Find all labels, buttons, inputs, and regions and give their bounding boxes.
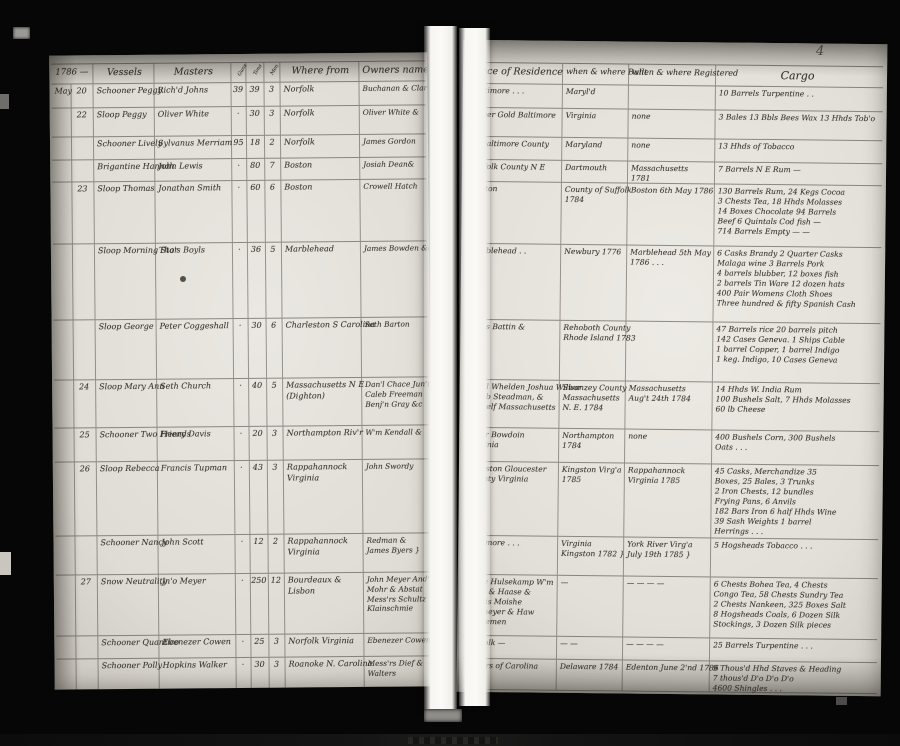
left-cell-master: Jn'o Meyer — [159, 574, 237, 635]
right-cell-built: Virginia Kingston 1782 } — [558, 537, 624, 576]
left-cell-master: Sylvanus Merriam — [155, 136, 232, 159]
right-cell-built: — — [557, 576, 624, 637]
left-row: Sloop GeorgePeter Coggeshall·306Charlest… — [54, 317, 429, 380]
col-header-vessels: Vessels — [93, 64, 154, 84]
left-cell-master: Ebenezer Cowen — [159, 635, 236, 658]
right-cell-registered: — — — — — [623, 577, 711, 638]
left-cell-n2: 80 — [247, 159, 265, 180]
left-cell-day — [72, 137, 94, 159]
right-cell-registered: Edenton June 2'nd 1786 — [623, 661, 710, 692]
right-cell-registered: York River Virg'a July 19th 1785 } — [624, 538, 711, 577]
left-cell-from: Northampton Riv'r — [283, 426, 362, 460]
left-cell-n3: 6 — [265, 181, 282, 242]
right-register-table: Place of Residence when & where Built wh… — [463, 62, 884, 694]
right-cell-cargo: 13 Hhds of Tobacco — [715, 139, 876, 163]
col-header-tons: Tons — [246, 63, 264, 82]
left-cell-owners: Oliver White & — [360, 105, 426, 134]
left-cell-from: Bourdeaux & Lisbon — [285, 573, 365, 634]
left-cell-vessel: Sloop George — [96, 320, 158, 380]
left-cell-month — [57, 659, 77, 689]
right-row: Rogers of CarolinaDelaware 1784Edenton J… — [463, 659, 877, 694]
left-cell-n2: 30 — [247, 107, 265, 135]
col-header-men: Men — [264, 63, 280, 82]
left-cell-day: 20 — [71, 84, 93, 107]
right-row: Peter Bowdoin VirginiaNorthampton 1784no… — [465, 428, 879, 466]
folio-number: 4 — [816, 44, 824, 59]
left-cell-n3: 3 — [268, 461, 285, 534]
book-spine-right-strip — [459, 28, 490, 706]
left-row: Sloop Morning StarTho's Boyls·365Marbleh… — [53, 241, 428, 320]
left-cell-n1: · — [234, 319, 250, 378]
left-cell-master: Jonathan Smith — [155, 181, 233, 243]
left-cell-vessel: Sloop Morning Star — [95, 244, 157, 320]
left-row: May20Schooner PeggyRich'd Johns39393Norf… — [51, 81, 425, 108]
film-edge-markings — [408, 737, 498, 744]
right-row: Tho's Battin &Rehoboth County Rhode Isla… — [466, 320, 881, 384]
left-cell-n2: 36 — [248, 243, 267, 318]
left-cell-vessel: Sloop Thomas — [94, 182, 156, 244]
left-cell-owners: James Bowden &c — [361, 241, 428, 317]
right-cell-built: Dartmouth — [562, 161, 628, 183]
right-cell-built: Rehoboth County Rhode Island 1783 — [560, 321, 627, 381]
ink-blot — [180, 276, 186, 282]
left-cell-n1: · — [232, 107, 247, 135]
left-row: 27Snow NeutralityJn'o Meyer·25012Bourdea… — [56, 572, 431, 636]
left-cell-n1: · — [236, 635, 251, 657]
left-cell-n3: 2 — [265, 136, 281, 158]
right-cell-registered: Massachusetts Aug't 24th 1784 — [625, 382, 712, 430]
left-cell-master: Henry Davis — [157, 427, 234, 461]
left-cell-day: 24 — [74, 380, 96, 427]
col-header-built: when & where Built — [563, 64, 629, 85]
col-header-where-from: Where from — [280, 62, 359, 82]
left-cell-from: Boston — [281, 180, 361, 242]
left-cell-day: 27 — [76, 575, 99, 635]
right-cell-cargo: 45 Casks, Merchandize 35 Boxes, 25 Bales… — [711, 464, 873, 539]
right-row: Marblehead . .Newbury 1776Marblehead 5th… — [466, 244, 881, 324]
left-cell-n1: · — [234, 379, 249, 426]
left-cell-n2: 39 — [246, 83, 264, 106]
left-cell-n3: 5 — [267, 379, 283, 426]
left-cell-vessel: Schooner Polly — [99, 659, 160, 690]
left-cell-vessel: Schooner Peggy — [93, 84, 154, 108]
left-cell-n3: 3 — [264, 83, 280, 106]
col-header-owners: Owners names & — [359, 61, 425, 81]
left-cell-master: Francis Tupman — [158, 461, 236, 535]
left-cell-from: Boston — [281, 158, 360, 180]
film-artifact-left-edge-light — [0, 552, 11, 575]
left-cell-from: Rappahannock Virginia — [284, 534, 363, 573]
left-cell-n3: 12 — [269, 574, 286, 634]
left-cell-master: Seth Church — [157, 379, 234, 427]
left-cell-n1: · — [237, 658, 252, 688]
left-cell-day — [76, 636, 98, 658]
right-cell-registered: Massachusetts 1781 — [628, 162, 715, 184]
left-cell-n1: · — [232, 181, 248, 242]
left-cell-from: Norfolk Virginia — [285, 634, 364, 657]
right-cell-built: — — — [557, 637, 623, 660]
left-cell-n1: 95 — [232, 136, 247, 158]
left-cell-vessel: Schooner Two Friends — [96, 428, 157, 462]
left-cell-n1: · — [235, 461, 251, 534]
film-artifact-bottom-center — [424, 709, 462, 722]
right-cell-registered: Marblehead 5th May 1786 . . . — [626, 246, 714, 322]
left-cell-master: Hopkins Walker — [160, 658, 237, 689]
left-row: Schooner PollyHopkins Walker·303Roanoke … — [57, 656, 431, 689]
left-cell-owners: John Swordy — [363, 459, 430, 533]
left-cell-vessel: Brigantine Hannah — [94, 160, 155, 182]
right-cell-cargo: 6 Casks Brandy 2 Quarter Casks Malaga wi… — [713, 246, 875, 323]
right-row: BostonCounty of Suffolk 1784Boston 6th M… — [467, 182, 882, 248]
left-cell-vessel: Schooner Nancy — [97, 536, 158, 575]
left-row: 26Sloop RebeccaFrancis Tupman·433Rappaha… — [55, 459, 430, 536]
right-cell-built: Maryl'd — [563, 85, 629, 109]
left-cell-n3: 6 — [267, 319, 284, 378]
right-row: Baltimore . . .Virginia Kingston 1782 }Y… — [464, 536, 878, 579]
left-cell-month — [52, 160, 72, 181]
book-spine-left-strip — [424, 26, 457, 710]
left-cell-n3: 2 — [268, 535, 284, 573]
left-cell-owners: John Meyer And'w Mohr & Abstat Mess'rs S… — [364, 572, 431, 633]
right-row: Gotte Hulsekamp W'm Bane & Haase & Brani… — [463, 575, 878, 640]
left-cell-owners: Mess'rs Dief & Walters — [364, 656, 430, 687]
left-cell-n2: 20 — [249, 427, 267, 460]
left-cell-master: John Scott — [158, 535, 235, 574]
left-cell-month — [56, 575, 77, 635]
col-header-cargo: Cargo — [716, 65, 877, 87]
left-cell-owners: Redman & James Byers } — [363, 533, 429, 572]
left-cell-owners: James Gordon — [360, 134, 426, 157]
left-cell-n2: 40 — [249, 379, 267, 426]
left-cell-from: Norfolk — [281, 135, 360, 158]
left-cell-day — [74, 320, 97, 379]
left-cell-n2: 25 — [251, 635, 269, 657]
film-artifact-left-edge — [0, 94, 9, 109]
left-cell-from: Massachusetts N E (Dighton) — [283, 378, 362, 426]
left-cell-n3: 5 — [266, 243, 283, 318]
left-cell-month — [52, 108, 72, 136]
left-cell-vessel: Sloop Peggy — [94, 108, 155, 137]
left-cell-month — [56, 636, 76, 658]
right-row: Dan'l Whelden Joshua Wilbor Caleb Steadm… — [465, 380, 879, 432]
left-row: Brigantine HannahJohn Lewis·807BostonJos… — [52, 157, 426, 182]
right-table-rows: Baltimore . . .Maryl'd10 Barrels Turpent… — [463, 84, 883, 694]
left-cell-n1: · — [232, 159, 247, 180]
left-cell-n3: 3 — [270, 658, 286, 688]
left-row: 25Schooner Two FriendsHenry Davis·203Nor… — [54, 425, 428, 462]
left-cell-from: Norfolk — [280, 82, 359, 106]
left-cell-master: Oliver White — [155, 107, 232, 136]
left-cell-month — [54, 380, 74, 427]
right-cell-registered — [626, 322, 714, 382]
ledger-right-page: Place of Residence when & where Built wh… — [457, 40, 888, 696]
left-cell-master: John Lewis — [155, 159, 232, 181]
left-cell-day: 25 — [74, 428, 96, 461]
left-cell-day — [77, 659, 99, 689]
left-cell-n2: 12 — [250, 535, 268, 573]
left-cell-from: Rappahannock Virginia — [284, 460, 364, 534]
left-cell-master: Peter Coggeshall — [157, 319, 235, 379]
right-cell-built: Virginia — [562, 109, 628, 138]
left-cell-n2: 43 — [250, 461, 269, 534]
left-cell-month — [54, 320, 75, 379]
right-cell-built: County of Suffolk 1784 — [561, 183, 628, 245]
right-cell-registered: Rappahannock Virginia 1785 — [624, 464, 712, 538]
right-cell-registered — [629, 86, 716, 110]
left-cell-n3: 3 — [265, 107, 281, 135]
left-register-table: 1786 — Vessels Masters Guns Tons Men Whe… — [51, 60, 430, 689]
left-cell-n1: · — [234, 427, 249, 460]
ledger-left-page: 1786 — Vessels Masters Guns Tons Men Whe… — [49, 52, 433, 689]
left-row: 24Sloop Mary AnnSeth Church·405Massachus… — [54, 377, 428, 428]
left-cell-vessel: Sloop Mary Ann — [96, 380, 157, 428]
left-cell-n1: · — [233, 243, 249, 318]
left-row: 22Sloop PeggyOliver White·303NorfolkOliv… — [52, 105, 426, 137]
right-cell-built: Kingston Virg'a 1785 — [558, 463, 625, 537]
right-cell-cargo: 9 Thous'd Hhd Staves & Heading 7 thous'd… — [710, 661, 871, 693]
col-header-guns: Guns — [231, 63, 246, 82]
right-cell-registered: none — [628, 139, 715, 162]
left-cell-n1: · — [236, 574, 252, 634]
left-cell-n3: 3 — [269, 635, 285, 657]
left-cell-master: Tho's Boyls — [156, 243, 234, 319]
left-cell-n2: 250 — [251, 574, 270, 634]
left-cell-month — [54, 428, 74, 461]
left-cell-month — [53, 244, 74, 319]
right-cell-cargo: 5 Hogsheads Tobacco . . . — [711, 538, 872, 578]
left-row: Schooner NancyJohn Scott·122Rappahannock… — [55, 533, 429, 575]
film-artifact-top-left — [13, 27, 30, 39]
left-cell-from: Roanoke N. Carolina — [286, 657, 365, 688]
col-header-registered: when & where Registered — [629, 65, 716, 86]
left-cell-n1: 39 — [231, 83, 246, 106]
right-row: Kingston Gloucester County VirginiaKings… — [464, 462, 879, 540]
right-row: Oliver Gold BaltimoreVirginianone3 Bales… — [468, 108, 882, 141]
left-cell-month — [52, 182, 73, 243]
year-label: 1786 — — [51, 64, 93, 83]
left-cell-month — [55, 536, 75, 574]
left-cell-owners: Dan'l Chace Jun'r Dan'l Hath'y Caleb Fre… — [362, 377, 428, 425]
left-cell-vessel: Schooner Quantico — [98, 636, 159, 659]
left-cell-owners: Josiah Dean& — [360, 157, 426, 179]
left-cell-day — [75, 536, 97, 574]
film-artifact-bottom-right — [836, 697, 847, 705]
left-cell-owners: Seth Barton — [362, 317, 429, 377]
left-cell-n2: 60 — [247, 181, 266, 242]
left-table-rows: May20Schooner PeggyRich'd Johns39393Norf… — [51, 81, 430, 689]
left-cell-n3: 3 — [267, 427, 283, 460]
right-cell-built: Northampton 1784 — [559, 429, 625, 463]
left-cell-vessel: Snow Neutrality — [98, 575, 160, 636]
col-header-masters: Masters — [154, 63, 231, 83]
left-cell-owners: Ebenezer Cowen — [364, 633, 430, 656]
right-cell-cargo: 25 Barrels Turpentine . . . — [710, 638, 871, 662]
left-cell-day — [73, 244, 96, 319]
left-cell-owners: W'm Kendall & — [362, 425, 428, 459]
left-cell-vessel: Schooner Lively — [94, 137, 155, 160]
right-cell-cargo: 10 Barrels Turpentine . . — [716, 86, 877, 111]
right-cell-cargo: 6 Chests Bohea Tea, 4 Chests Congo Tea, … — [710, 577, 872, 639]
right-cell-registered: — — — — — [623, 638, 710, 661]
left-cell-n1: · — [235, 535, 250, 573]
left-cell-from: Charleston S Carolina — [283, 318, 363, 378]
left-cell-day — [72, 160, 94, 181]
left-cell-n2: 18 — [247, 136, 265, 158]
left-row: 23Sloop ThomasJonathan Smith·606BostonCr… — [52, 179, 427, 244]
left-cell-n2: 30 — [249, 319, 268, 378]
right-cell-cargo: 3 Bales 13 Bbls Bees Wax 13 Hhds Tob'o — [715, 110, 876, 140]
left-cell-month: May — [51, 84, 71, 107]
right-cell-registered: none — [628, 110, 715, 139]
left-cell-day: 22 — [72, 108, 94, 136]
left-cell-day: 26 — [75, 462, 98, 535]
right-cell-cargo: 7 Barrels N E Rum — — [715, 162, 876, 185]
right-cell-cargo: 400 Bushels Corn, 300 Bushels Oats . . . — [712, 430, 873, 465]
microfilm-frame: 1786 — Vessels Masters Guns Tons Men Whe… — [0, 0, 900, 746]
left-cell-master: Rich'd Johns — [154, 83, 231, 107]
left-cell-from: Marblehead — [282, 242, 362, 318]
left-cell-month — [55, 462, 76, 535]
left-cell-owners: Buchanan & Clark — [359, 81, 425, 105]
left-cell-day: 23 — [72, 182, 95, 243]
left-cell-n3: 7 — [265, 159, 281, 180]
right-cell-registered: Boston 6th May 1786 — [627, 184, 715, 246]
left-cell-owners: Crowell Hatch — [360, 179, 427, 241]
right-cell-built: Delaware 1784 — [557, 660, 623, 691]
left-row: Schooner LivelySylvanus Merriam95182Norf… — [52, 134, 426, 160]
right-cell-built: Maryland — [562, 138, 628, 161]
left-cell-vessel: Sloop Rebecca — [97, 462, 159, 536]
right-cell-cargo: 14 Hhds W. India Rum 100 Bushels Salt, 7… — [712, 382, 873, 431]
left-row: Schooner QuanticoEbenezer Cowen·253Norfo… — [56, 633, 430, 659]
left-cell-n2: 30 — [252, 658, 270, 688]
right-cell-built: Swanzey County Massachusetts N. E. 1784 — [559, 381, 625, 429]
right-cell-registered: none — [625, 430, 712, 464]
right-cell-cargo: 47 Barrels rice 20 barrels pitch 142 Cas… — [713, 322, 875, 383]
left-cell-month — [52, 137, 72, 159]
right-cell-cargo: 130 Barrels Rum, 24 Kegs Cocoa 3 Chests … — [714, 184, 876, 247]
right-cell-built: Newbury 1776 — [560, 245, 627, 321]
left-cell-from: Norfolk — [281, 106, 360, 135]
